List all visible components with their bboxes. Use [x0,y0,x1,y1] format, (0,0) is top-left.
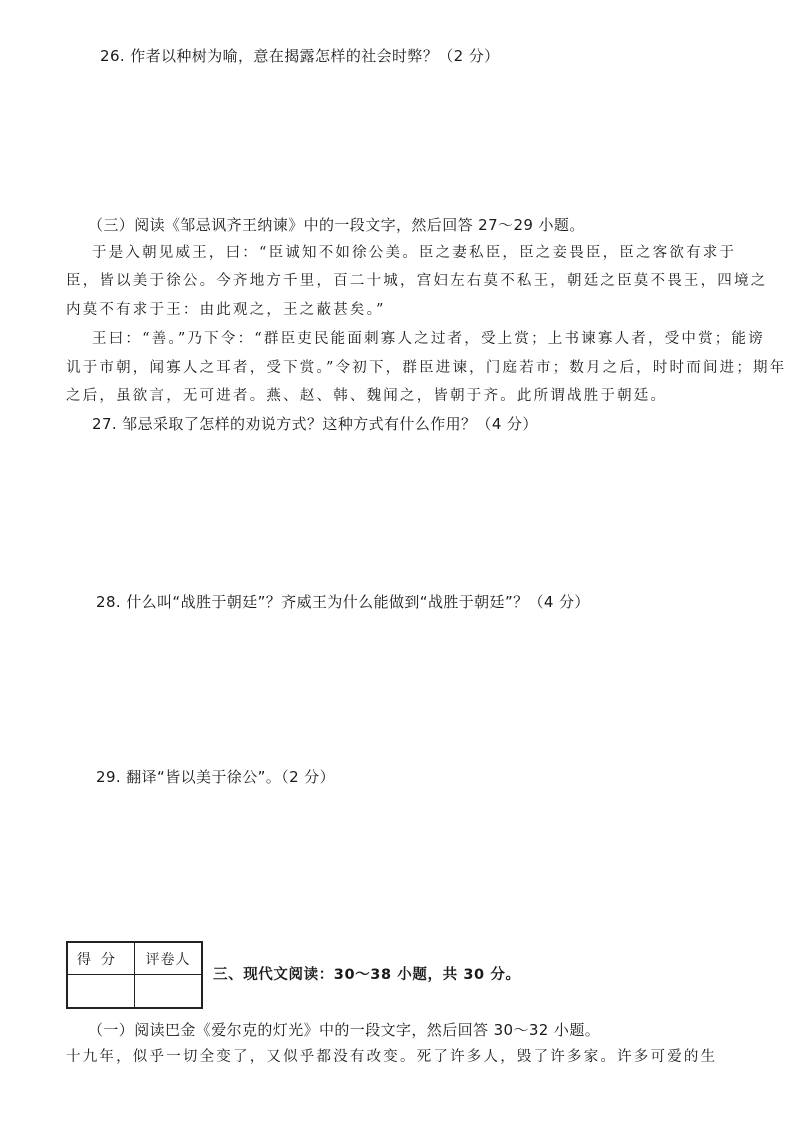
reading-section-1-heading: （一）阅读巴金《爱尔克的灯光》中的一段文字，然后回答 30～32 小题。 [88,1020,600,1040]
part-3-title: 三、现代文阅读：30～38 小题，共 30 分。 [213,965,521,985]
score-table: 得分 评卷人 [66,941,203,1009]
passage-line: 十九年，似乎一切全变了，又似乎都没有改变。死了许多人，毁了许多家。许多可爱的生 [66,1047,717,1067]
passage-line: 于是入朝见威王，曰：“臣诚知不如徐公美。臣之妻私臣，臣之妾畏臣，臣之客欲有求于 [92,243,736,263]
question-26: 26. 作者以种树为喻，意在揭露怎样的社会时弊？（2 分） [100,46,500,66]
reading-section-3-heading: （三）阅读《邹忌讽齐王纳谏》中的一段文字，然后回答 27～29 小题。 [88,215,585,235]
question-29: 29. 翻译“皆以美于徐公”。（2 分） [96,767,335,787]
passage-line: 讥于市朝，闻寡人之耳者，受下赏。”令初下，群臣进谏，门庭若市；数月之后，时时而间… [66,358,786,378]
score-input-cell[interactable] [67,975,135,1009]
grader-input-cell[interactable] [135,975,203,1009]
question-28: 28. 什么叫“战胜于朝廷”？齐威王为什么能做到“战胜于朝廷”？（4 分） [96,592,590,612]
passage-line: 之后，虽欲言，无可进者。燕、赵、韩、魏闻之，皆朝于齐。此所谓战胜于朝廷。 [66,386,667,406]
grader-label: 评卷人 [135,942,203,975]
question-27: 27. 邹忌采取了怎样的劝说方式？这种方式有什么作用？（4 分） [92,414,538,434]
passage-line: 臣，皆以美于徐公。今齐地方千里，百二十城，宫妇左右莫不私王，朝廷之臣莫不畏王，四… [66,271,767,291]
passage-line: 王曰：“善。”乃下令：“群臣吏民能面刺寡人之过者，受上赏；上书谏寡人者，受中赏；… [92,329,765,349]
passage-line: 内莫不有求于王：由此观之，王之蔽甚矣。” [66,300,386,320]
score-label: 得分 [67,942,135,975]
